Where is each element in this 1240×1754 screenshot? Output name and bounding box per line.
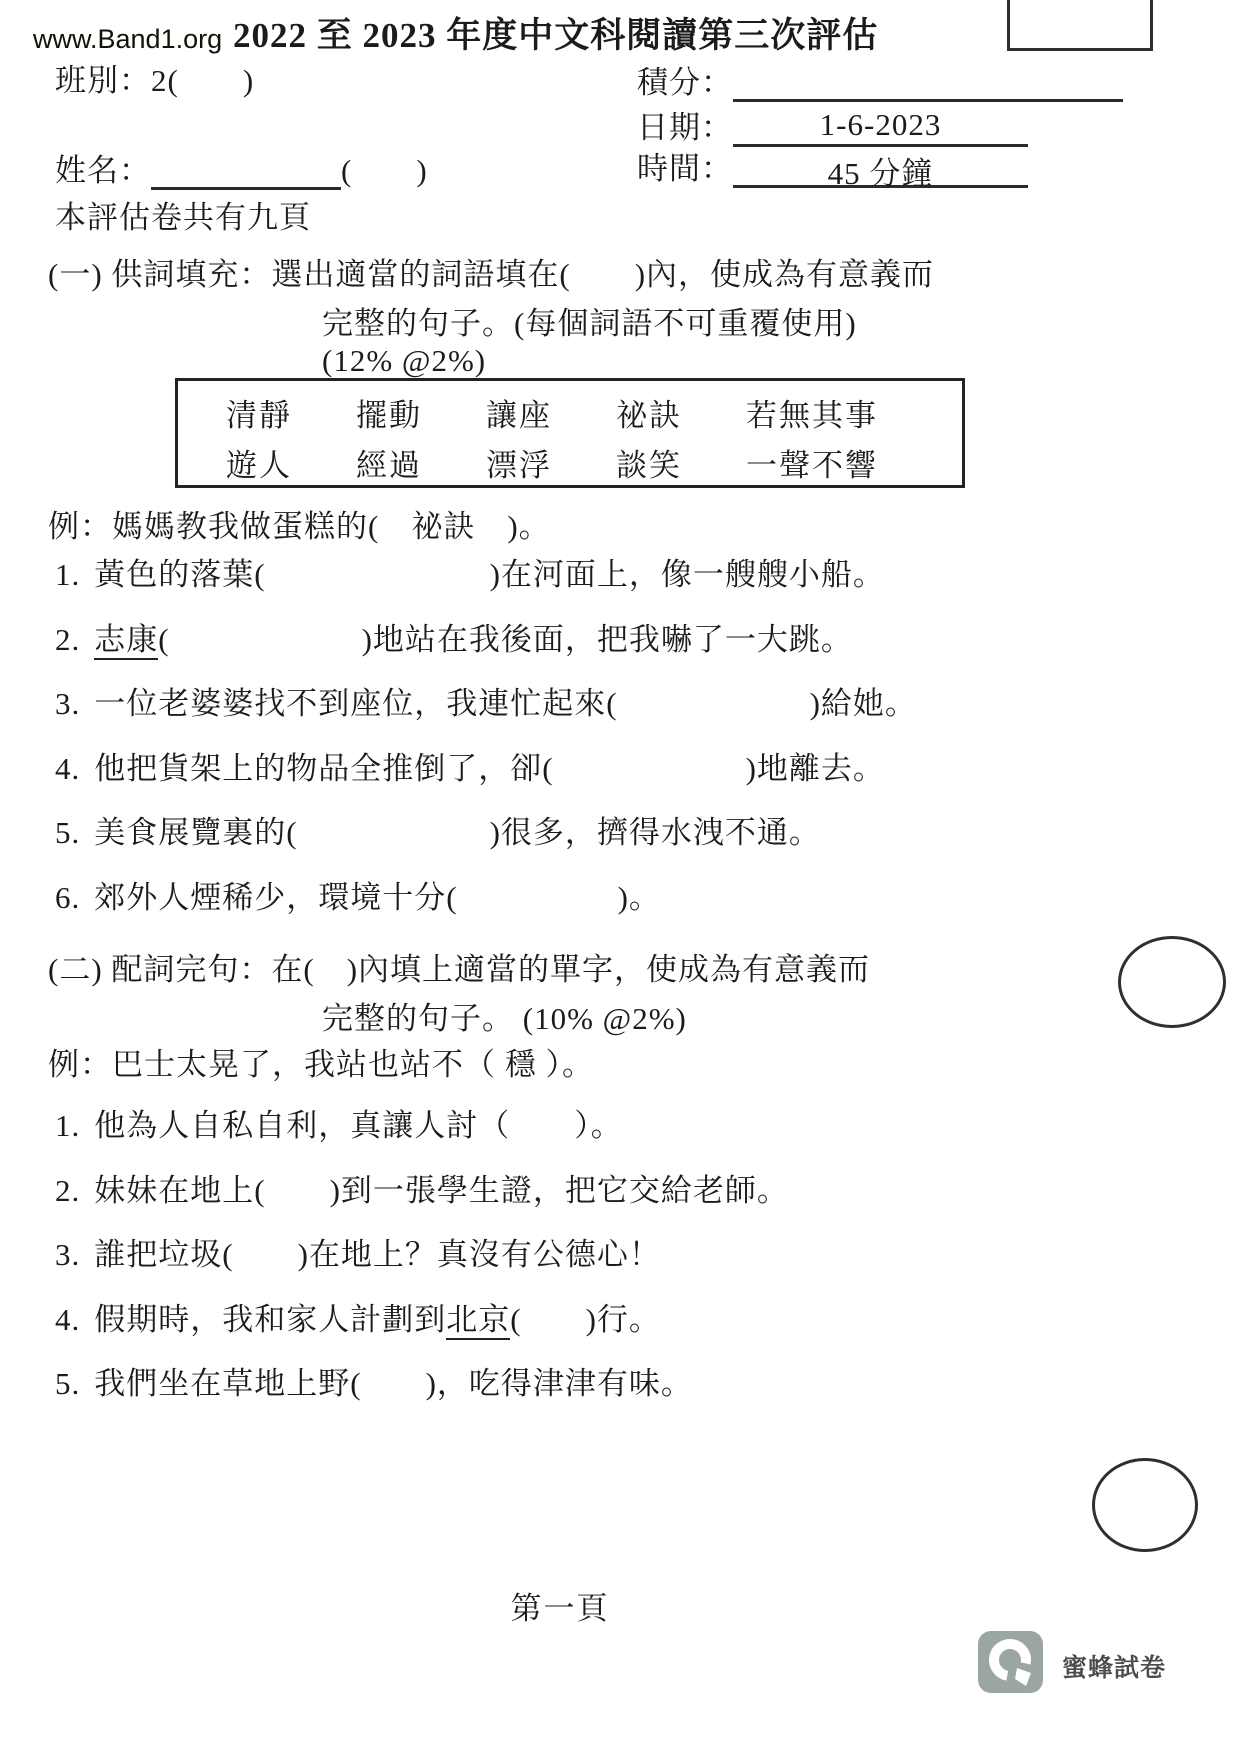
word-bank-word: 漂浮 xyxy=(486,440,552,485)
question-number: 2. xyxy=(55,1173,80,1208)
question-text: 誰把垃圾( )在地上？真沒有公德心！ xyxy=(94,1237,661,1272)
section2-heading-line1: (二) 配詞完句：在( )內填上適當的單字，使成為有意義而 xyxy=(48,944,870,989)
question-row: 5.我們坐在草地上野( )，吃得津津有味。 xyxy=(55,1358,789,1423)
time-label: 時間： xyxy=(637,143,733,188)
score-field: 積分： xyxy=(637,57,1123,102)
question-text: 他為人自私自利，真讓人討（ ）。 xyxy=(94,1108,623,1143)
name-suffix: ( ) xyxy=(341,145,428,190)
exam-page: www.Band1.org 2022 至 2023 年度中文科閱讀第三次評估 班… xyxy=(0,0,1240,1754)
section1-questions: 1.黃色的落葉( )在河面上，像一艘艘小船。2.志康( )地站在我後面，把我嚇了… xyxy=(55,549,917,936)
question-text: 黃色的落葉( )在河面上，像一艘艘小船。 xyxy=(94,557,885,592)
section1-heading-line2: 完整的句子。(每個詞語不可重覆使用) xyxy=(322,298,857,343)
question-row: 1.黃色的落葉( )在河面上，像一艘艘小船。 xyxy=(55,549,917,614)
question-number: 1. xyxy=(55,557,80,592)
question-text: ( )地站在我後面，把我嚇了一大跳。 xyxy=(158,622,853,657)
underlined-word: 北京 xyxy=(446,1302,510,1340)
word-bank-row: 清靜擺動讓座祕訣若無其事 xyxy=(178,387,962,437)
section2-heading-line2: 完整的句子。 (10% @2%) xyxy=(322,993,687,1038)
question-number: 3. xyxy=(55,686,80,721)
word-bank-word: 談笑 xyxy=(616,440,682,485)
page-number: 第一頁 xyxy=(0,1583,1120,1628)
score-box xyxy=(1007,0,1153,51)
word-bank-word: 一聲不響 xyxy=(746,440,878,485)
time-field: 時間： 45 分鐘 xyxy=(637,143,1028,188)
question-text: 一位老婆婆找不到座位，我連忙起來( )給她。 xyxy=(94,686,917,721)
section2-example: 例：巴士太晃了，我站也站不（ 穩 ）。 xyxy=(48,1039,594,1084)
date-value: 1-6-2023 xyxy=(733,107,1028,147)
word-bank-word: 讓座 xyxy=(486,390,552,435)
question-row: 3.誰把垃圾( )在地上？真沒有公德心！ xyxy=(55,1229,789,1294)
annotation-circle xyxy=(1092,1458,1198,1552)
section2-questions: 1.他為人自私自利，真讓人討（ ）。2.妹妹在地上( )到一張學生證，把它交給老… xyxy=(55,1100,789,1423)
name-field: 姓名： ( ) xyxy=(55,145,428,190)
section1-heading-line1: (一) 供詞填充：選出適當的詞語填在( )內，使成為有意義而 xyxy=(48,249,934,294)
page-title: 2022 至 2023 年度中文科閱讀第三次評估 xyxy=(233,8,878,58)
question-row: 5.美食展覽裏的( )很多，擠得水洩不通。 xyxy=(55,807,917,872)
question-number: 4. xyxy=(55,751,80,786)
bee-logo-icon xyxy=(978,1631,1043,1693)
question-row: 3.一位老婆婆找不到座位，我連忙起來( )給她。 xyxy=(55,678,917,743)
question-number: 1. xyxy=(55,1108,80,1143)
section1-example: 例：媽媽教我做蛋糕的( 祕訣 )。 xyxy=(48,501,551,546)
question-text: 郊外人煙稀少，環境十分( )。 xyxy=(94,880,661,915)
word-bank-word: 經過 xyxy=(356,440,422,485)
score-blank xyxy=(733,62,1123,102)
question-number: 6. xyxy=(55,880,80,915)
question-row: 2.妹妹在地上( )到一張學生證，把它交給老師。 xyxy=(55,1165,789,1230)
question-number: 5. xyxy=(55,815,80,850)
name-blank xyxy=(151,150,341,190)
question-number: 2. xyxy=(55,622,80,657)
class-field: 班別：2( ) xyxy=(55,55,254,100)
question-row: 4.假期時，我和家人計劃到北京( )行。 xyxy=(55,1294,789,1359)
question-text: 他把貨架上的物品全推倒了，卻( )地離去。 xyxy=(94,751,885,786)
bee-logo xyxy=(978,1631,1043,1693)
date-field: 日期： 1-6-2023 xyxy=(637,102,1028,147)
question-row: 6.郊外人煙稀少，環境十分( )。 xyxy=(55,872,917,937)
date-label: 日期： xyxy=(637,102,733,147)
word-bank: 清靜擺動讓座祕訣若無其事遊人經過漂浮談笑一聲不響 xyxy=(175,378,965,488)
word-bank-word: 清靜 xyxy=(226,390,292,435)
question-number: 4. xyxy=(55,1302,80,1337)
underlined-word: 志康 xyxy=(94,622,158,660)
question-text: ( )行。 xyxy=(510,1302,661,1337)
word-bank-row: 遊人經過漂浮談笑一聲不響 xyxy=(178,437,962,487)
question-number: 3. xyxy=(55,1237,80,1272)
name-label: 姓名： xyxy=(55,145,151,190)
logo-text: 蜜蜂試卷 xyxy=(1062,1648,1166,1684)
question-text: 我們坐在草地上野( )，吃得津津有味。 xyxy=(94,1366,693,1401)
word-bank-word: 遊人 xyxy=(226,440,292,485)
pages-note: 本評估卷共有九頁 xyxy=(55,192,311,237)
question-text: 妹妹在地上( )到一張學生證，把它交給老師。 xyxy=(94,1173,789,1208)
question-text: 假期時，我和家人計劃到 xyxy=(94,1302,446,1337)
word-bank-word: 擺動 xyxy=(356,390,422,435)
time-value: 45 分鐘 xyxy=(733,148,1028,188)
watermark: www.Band1.org xyxy=(33,24,222,55)
question-row: 2.志康( )地站在我後面，把我嚇了一大跳。 xyxy=(55,614,917,679)
section1-heading-line3: (12% @2%) xyxy=(322,343,486,379)
question-text: 美食展覽裏的( )很多，擠得水洩不通。 xyxy=(94,815,821,850)
word-bank-word: 若無其事 xyxy=(746,390,878,435)
annotation-circle xyxy=(1118,936,1226,1028)
score-label: 積分： xyxy=(637,57,733,102)
word-bank-word: 祕訣 xyxy=(616,390,682,435)
question-row: 4.他把貨架上的物品全推倒了，卻( )地離去。 xyxy=(55,743,917,808)
question-row: 1.他為人自私自利，真讓人討（ ）。 xyxy=(55,1100,789,1165)
question-number: 5. xyxy=(55,1366,80,1401)
